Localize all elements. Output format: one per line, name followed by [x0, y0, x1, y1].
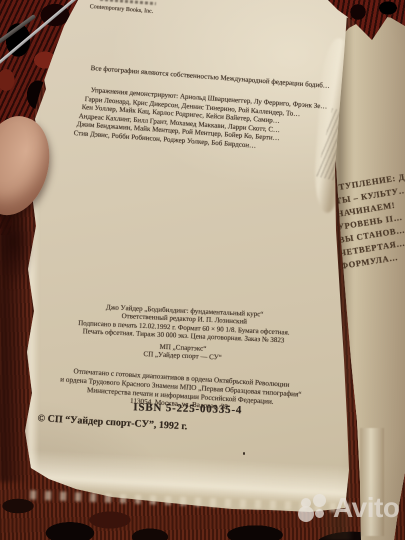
publisher-line: Contemporary Books, Inc.	[90, 4, 154, 15]
photo-credit-line: Все фотографии являются собственностью М…	[90, 64, 330, 90]
truncated-top-line	[100, 0, 156, 5]
avito-dot	[315, 509, 324, 518]
book-listing-photo: ТУПЛЕНИЕ: Д… ТЫ – КУЛЬТУ… НАЧИНАЕМ! УРОВ…	[0, 0, 405, 540]
avito-wordmark: Avito	[333, 492, 399, 524]
copyright-line: © СП “Уайдер спорт-СУ”, 1992 г.	[37, 413, 187, 432]
imprint-block: Джо Уайдер „Бодибилдинг: фундаментальный…	[33, 300, 335, 367]
avito-watermark: Avito	[292, 492, 399, 524]
paper-speck	[243, 452, 245, 455]
avito-dot	[298, 506, 314, 522]
avito-dot	[313, 494, 326, 507]
avito-logo-icon	[292, 492, 328, 524]
